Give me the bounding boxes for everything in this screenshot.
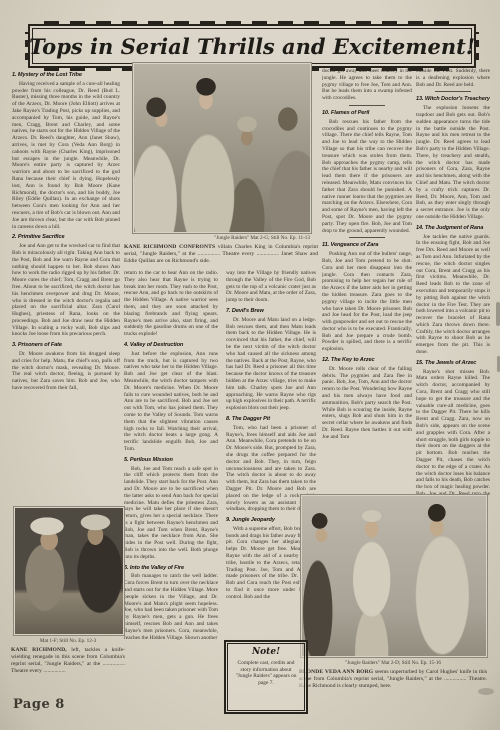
mat-line-left: Mat 1-F; Still No. Ep. 12-3 — [13, 638, 123, 644]
pressbook-page: Tops in Serial Thrills and Excitement! 1… — [0, 0, 500, 730]
photo-caption-left: KANE RICHMOND, left, tackles a knife-wie… — [11, 647, 125, 685]
chapter-paragraph: outside the Post. Suddenly, there is a d… — [416, 68, 490, 88]
chapter-heading: 4. Valley of Destruction — [124, 342, 218, 349]
photo-caption-bottom: BLONDE VEDA ANN BORG seems unperturbed b… — [299, 669, 487, 693]
scan-smudge — [496, 302, 500, 326]
caption-lead-bottom: BLONDE VEDA ANN BORG — [299, 669, 373, 675]
chapter-paragraph: The explosion loosens the trapdoor and B… — [416, 105, 490, 221]
chapter-paragraph: Joe and Ann get to the wrecked car to fi… — [12, 243, 120, 338]
note-text: Complete cast, credits and story informa… — [232, 660, 300, 686]
chapter-heading: 14. The Judgment of Rana — [416, 225, 490, 232]
chapter-heading: 12. The Key to Arzec — [322, 357, 412, 364]
still-photo-trio — [300, 494, 488, 658]
chapter-heading: 10. Flames of Peril — [322, 110, 412, 117]
chapter-paragraph: Pushing Ann out of the bullets' range, B… — [322, 251, 412, 353]
note-title: Note! — [232, 647, 300, 657]
text-column-5: outside the Post. Suddenly, there is a d… — [416, 68, 490, 496]
page-title: Tops in Serial Thrills and Excitement! — [29, 34, 475, 59]
still-photo-knife-fight — [13, 506, 125, 636]
page-number: Page 8 — [13, 697, 65, 712]
section-divider — [435, 91, 471, 92]
text-column-2: return to the car to hear Ann on the rad… — [124, 270, 218, 722]
mat-line-top: "Jungle Raiders" Mat 2-G; Still No. Ep. … — [132, 235, 310, 241]
chapter-heading: 15. The Jewels of Arzec — [416, 360, 490, 367]
chapter-heading: 6. Into the Valley of Fire — [124, 565, 218, 572]
chapter-heading: 7. Devil's Brew — [226, 308, 316, 315]
section-divider — [349, 105, 385, 106]
text-column-4: doctor get away and meet Charley in the … — [322, 68, 412, 496]
chapter-heading: 13. Witch Doctor's Treachery — [416, 96, 490, 103]
banner-dash-border-top — [44, 21, 460, 26]
chapter-heading: 11. Vengeance of Zara — [322, 242, 412, 249]
caption-lead-left: KANE RICHMOND, — [11, 647, 67, 653]
chapter-heading: 3. Prisoners of Fate — [12, 342, 120, 349]
text-column-1: 1. Mystery of the Lost TribeHaving recei… — [12, 68, 120, 504]
mat-line-bottom: "Jungle Raiders" Mat 2-D; Still No. Ep. … — [300, 660, 486, 666]
chapter-paragraph: doctor get away and meet Charley in the … — [322, 68, 412, 102]
section-divider — [349, 237, 385, 238]
chapter-paragraph: Bob, Joe and Tom reach a safe spot in th… — [124, 466, 218, 561]
still-photo-confrontation — [132, 62, 312, 234]
chapter-paragraph: Dr. Moore awakens from his drugged sleep… — [12, 351, 120, 392]
scan-smudge — [478, 688, 494, 695]
banner-frame: Tops in Serial Thrills and Excitement! — [32, 28, 472, 64]
chapter-paragraph: Bob rescues his father from the crocodil… — [322, 119, 412, 235]
chapter-heading: 5. Perilous Mission — [124, 457, 218, 464]
chapter-paragraph: Bob manages to catch the well ladder. Co… — [124, 573, 218, 641]
photo-caption-top: KANE RICHMOND CONFRONTS villain Charles … — [124, 244, 318, 268]
caption-lead-top: KANE RICHMOND CONFRONTS — [124, 244, 215, 250]
chapter-paragraph: return to the car to hear Ann on the rad… — [124, 270, 218, 338]
chapter-heading: 2. Primitive Sacrifice — [12, 234, 120, 241]
note-box: Note! Complete cast, credits and story i… — [224, 640, 308, 714]
chapter-paragraph: Just before the explosion, Ann runs from… — [124, 351, 218, 453]
chapter-paragraph: Joe tackles the native guards. In the en… — [416, 234, 490, 356]
note-box-frame: Note! Complete cast, credits and story i… — [227, 643, 305, 711]
chapter-heading: 1. Mystery of the Lost Tribe — [12, 72, 120, 79]
chapter-paragraph: Having received a sample of a cure-all h… — [12, 81, 120, 231]
chapter-paragraph: Dr. Moore rolls clear of the falling deb… — [322, 366, 412, 441]
chapter-paragraph: Dr. Moore and Matu land on a ledge. Bob … — [226, 317, 316, 412]
chapter-heading: 8. The Dagger Pit — [226, 416, 316, 423]
chapter-paragraph: Rayne's shot misses Bob. Matu orders Ray… — [416, 369, 490, 496]
chapter-paragraph: way into the Village by friendly natives… — [226, 270, 316, 304]
